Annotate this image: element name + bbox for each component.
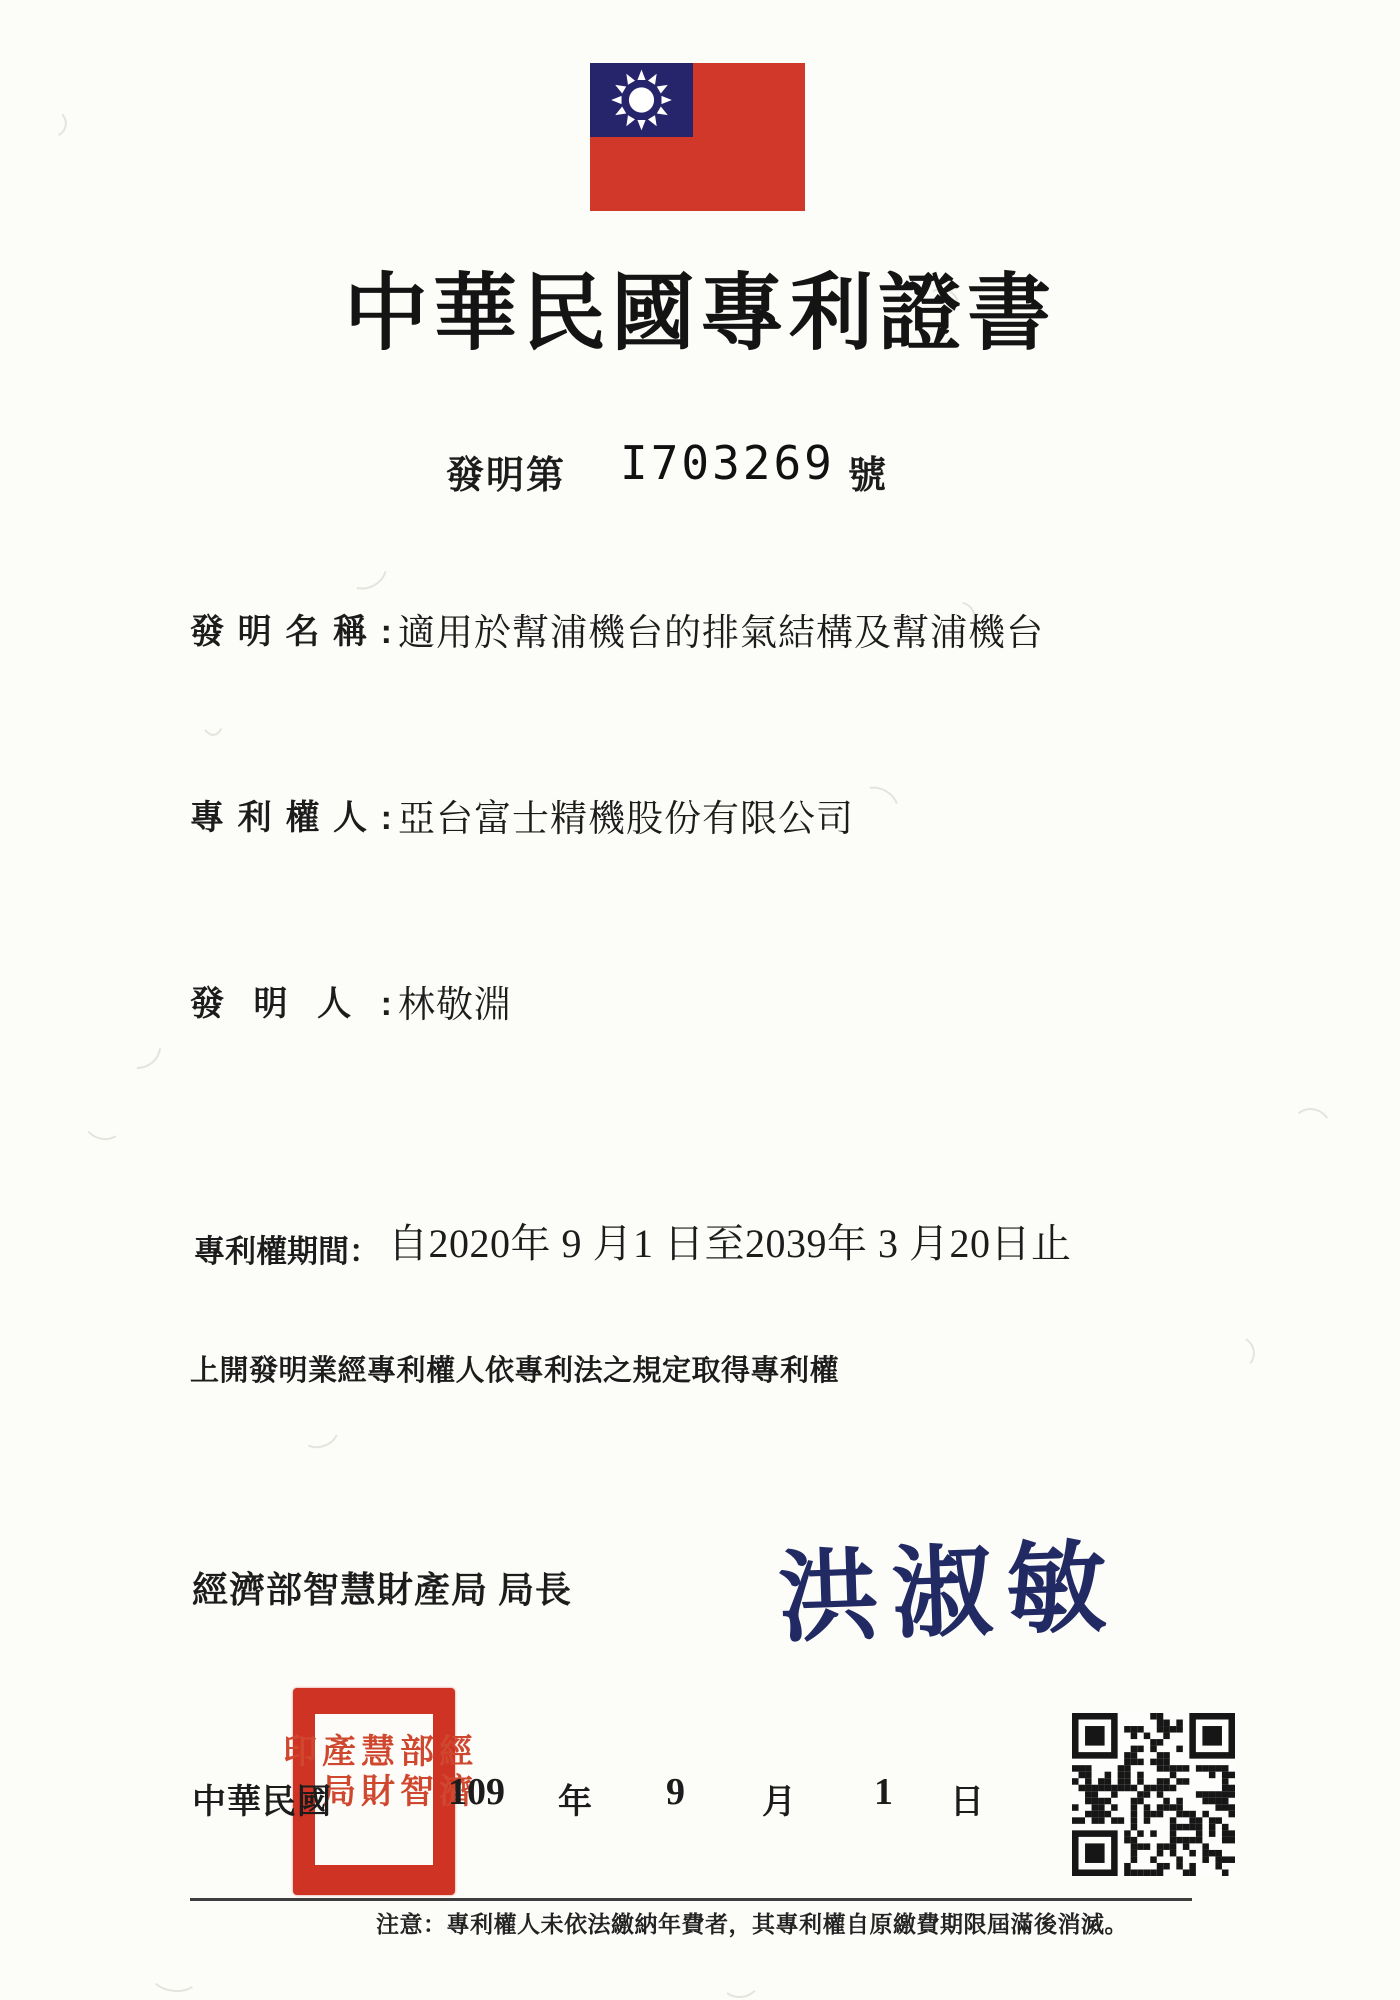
date-day-unit: 日: [950, 1774, 984, 1823]
director-general-signature: 洪淑敏: [776, 1506, 1123, 1662]
certificate-title: 中華民國專利證書: [0, 246, 1400, 367]
date-era: 中華民國: [192, 1774, 332, 1823]
flag-blue-canton: [590, 63, 693, 137]
patent-number-value: I703269: [620, 436, 835, 490]
footer-divider: [190, 1898, 1192, 1901]
inventor-value: 林敬淵: [398, 974, 512, 1028]
grant-statement: 上開發明業經專利權人依專利法之規定取得專利權: [190, 1348, 839, 1389]
white-sun-icon: [590, 63, 693, 137]
invention-name-value: 適用於幫浦機台的排氣結構及幫浦機台: [398, 602, 1044, 656]
inventor-label: 發明人:: [190, 976, 392, 1025]
patent-number-suffix: 號: [848, 444, 886, 499]
date-day: 1: [874, 1770, 893, 1814]
date-year-unit: 年: [558, 1774, 592, 1823]
qr-code: [1072, 1713, 1235, 1876]
date-month: 9: [666, 1770, 685, 1814]
patent-term-label: 專利權期間：: [194, 1226, 380, 1271]
taiwan-flag: [590, 63, 805, 211]
issuer-title: 經濟部智慧財產局 局長: [192, 1562, 572, 1613]
patent-certificate-page: 中華民國專利證書 發明第 I703269 號 發明名稱: 適用於幫浦機台的排氣結…: [0, 0, 1400, 2000]
patentee-value: 亞台富士精機股份有限公司: [398, 788, 854, 842]
date-year: 109: [448, 1770, 505, 1814]
patent-number-prefix: 發明第: [446, 444, 566, 499]
footer-note: 注意：專利權人未依法繳納年費者，其專利權自原繳費期限屆滿後消滅。: [376, 1906, 1128, 1939]
patentee-label: 專利權人:: [190, 790, 392, 839]
invention-name-label: 發明名稱:: [190, 604, 392, 653]
date-month-unit: 月: [762, 1774, 796, 1823]
seal-inner-panel: 經濟部智慧財產局印: [315, 1714, 433, 1865]
patent-term-value: 自2020年 9 月1 日至2039年 3 月20日止: [388, 1212, 1072, 1269]
